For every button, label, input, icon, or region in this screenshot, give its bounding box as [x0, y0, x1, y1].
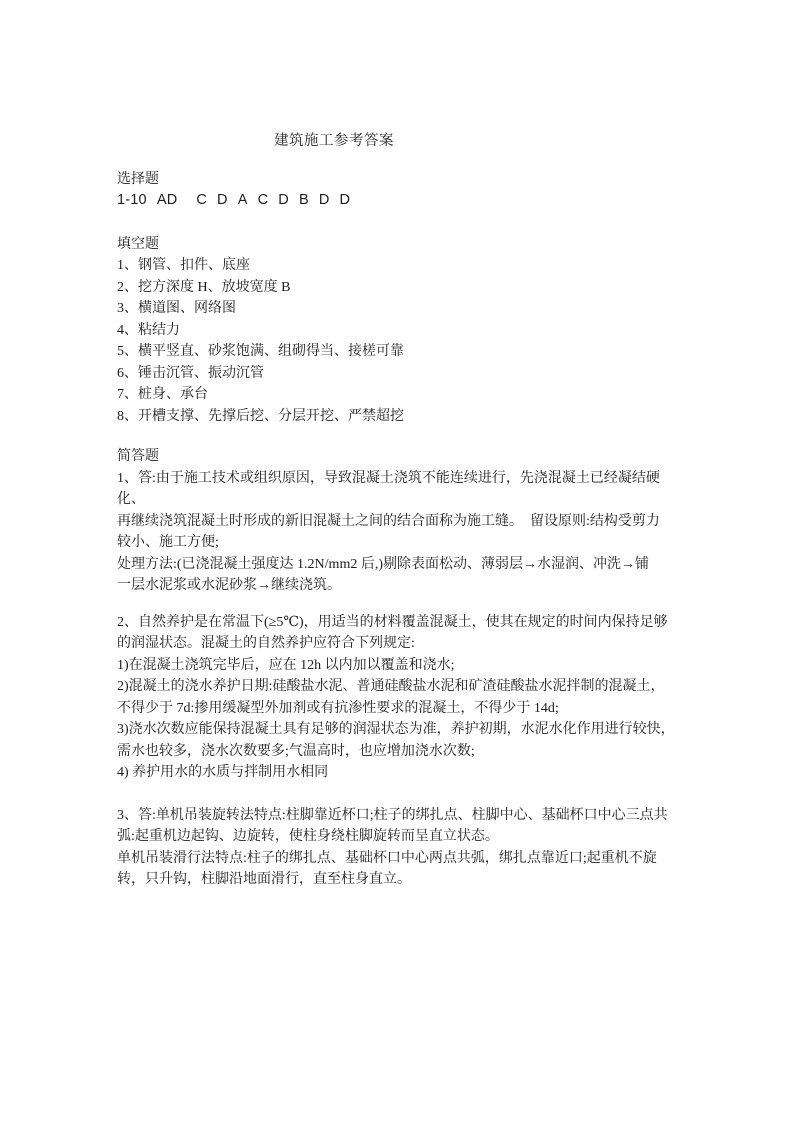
section-multiple-choice: 选择题 1-10ADCDACDBDD — [117, 169, 678, 212]
multiple-choice-heading: 选择题 — [117, 169, 678, 191]
short-answer-line: 3、答:单机吊装旋转法特点:柱脚靠近杯口;柱子的绑扎点、柱脚中心、基础杯口中心三… — [117, 805, 678, 827]
answer-letter: D — [319, 190, 330, 212]
answer-letter: D — [278, 190, 289, 212]
short-answer-line: 较小、施工方便; — [117, 532, 678, 554]
answer-letter: D — [217, 190, 228, 212]
answer-letter: D — [339, 190, 350, 212]
fill-blank-item: 1、钢管、扣件、底座 — [117, 255, 678, 277]
short-answer-line: 3)浇水次数应能保持混凝土具有足够的润湿状态为准，养护初期，水泥水化作用进行较快… — [117, 719, 678, 741]
fill-blanks-list: 1、钢管、扣件、底座2、挖方深度 H、放坡宽度 B3、横道图、网络图4、粘结力5… — [117, 255, 678, 427]
document-page: 建筑施工参考答案 选择题 1-10ADCDACDBDD 填空题 1、钢管、扣件、… — [0, 0, 793, 1122]
short-answer-line: 弧:起重机边起钩、边旋转，使柱身绕柱脚旋转而呈直立状态。 — [117, 826, 678, 848]
short-answer-q2: 2、自然养护是在常温下(≥5℃)，用适当的材料覆盖混凝土，使其在规定的时间内保持… — [117, 612, 678, 784]
page-title: 建筑施工参考答案 — [274, 131, 678, 153]
short-answer-line: 处理方法:(已浇混凝土强度达 1.2N/mm2 后,)剔除表面松动、薄弱层→水湿… — [117, 554, 678, 576]
answer-letter: D — [167, 190, 178, 212]
short-answer-line: 2、自然养护是在常温下(≥5℃)，用适当的材料覆盖混凝土，使其在规定的时间内保持… — [117, 612, 678, 634]
short-answer-line: 需水也较多，浇水次数要多;气温高时，也应增加浇水次数; — [117, 741, 678, 763]
short-answer-line: 再继续浇筑混凝土时形成的新旧混凝土之间的结合面称为施工缝。 留设原则:结构受剪力 — [117, 511, 678, 533]
answer-letter: C — [258, 190, 269, 212]
short-answer-line: 2)混凝土的浇水养护日期:硅酸盐水泥、普通硅酸盐水泥和矿渣硅酸盐水泥拌制的混凝土… — [117, 676, 678, 698]
answer-letter: C — [196, 190, 207, 212]
section-short-answers: 简答题 1、答:由于施工技术或组织原因，导致混凝土浇筑不能连续进行，先浇混凝土已… — [117, 446, 678, 891]
fill-blank-item: 8、开槽支撑、先撑后挖、分层开挖、严禁超挖 — [117, 406, 678, 428]
short-answers-heading: 简答题 — [117, 446, 678, 468]
short-answer-line: 4) 养护用水的水质与拌制用水相同 — [117, 762, 678, 784]
answer-letter: A — [238, 190, 248, 212]
section-fill-blanks: 填空题 1、钢管、扣件、底座2、挖方深度 H、放坡宽度 B3、横道图、网络图4、… — [117, 234, 678, 428]
answer-range-label: 1-10 — [117, 190, 147, 212]
fill-blanks-heading: 填空题 — [117, 234, 678, 256]
short-answer-line: 1)在混凝土浇筑完毕后，应在 12h 以内加以覆盖和浇水; — [117, 655, 678, 677]
answer-letter: A — [157, 190, 167, 212]
fill-blank-item: 7、桩身、承台 — [117, 384, 678, 406]
short-answer-line: 转，只升钩，柱脚沿地面滑行，直至柱身直立。 — [117, 869, 678, 891]
short-answer-q1: 1、答:由于施工技术或组织原因，导致混凝土浇筑不能连续进行，先浇混凝土已经凝结硬… — [117, 468, 678, 597]
answer-letter: B — [299, 190, 309, 212]
short-answer-line: 一层水泥浆或水泥砂浆→继续浇筑。 — [117, 575, 678, 597]
fill-blank-item: 6、锤击沉管、振动沉管 — [117, 363, 678, 385]
fill-blank-item: 4、粘结力 — [117, 320, 678, 342]
document-content: 建筑施工参考答案 选择题 1-10ADCDACDBDD 填空题 1、钢管、扣件、… — [0, 0, 793, 891]
multiple-choice-answers-row: 1-10ADCDACDBDD — [117, 190, 678, 212]
short-answer-q3: 3、答:单机吊装旋转法特点:柱脚靠近杯口;柱子的绑扎点、柱脚中心、基础杯口中心三… — [117, 805, 678, 891]
short-answer-line: 单机吊装滑行法特点:柱子的绑扎点、基础杯口中心两点共弧，绑扎点靠近口;起重机不旋 — [117, 848, 678, 870]
short-answer-line: 的润湿状态。混凝土的自然养护应符合下列规定: — [117, 633, 678, 655]
short-answer-line: 不得少于 7d:掺用缓凝型外加剂或有抗渗性要求的混凝土，不得少于 14d; — [117, 698, 678, 720]
fill-blank-item: 5、横平竖直、砂浆饱满、组砌得当、接槎可靠 — [117, 341, 678, 363]
fill-blank-item: 2、挖方深度 H、放坡宽度 B — [117, 277, 678, 299]
short-answer-line: 1、答:由于施工技术或组织原因，导致混凝土浇筑不能连续进行，先浇混凝土已经凝结硬… — [117, 468, 678, 511]
fill-blank-item: 3、横道图、网络图 — [117, 298, 678, 320]
